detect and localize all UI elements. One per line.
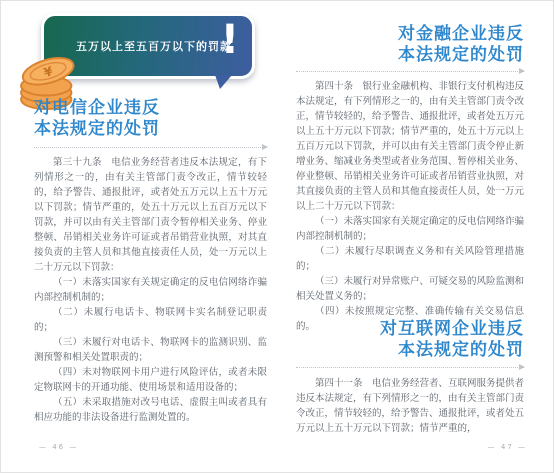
section-title-finance-line1: 对金融企业违反: [398, 24, 524, 44]
paragraph: （二）未履行尽职调查义务和有关风险管理措施的；: [296, 244, 524, 274]
book-spread: 五万以上至五百万以下的罚款 ! ¥ 对电信企业违反 本法规定的处罚: [0, 0, 554, 473]
exclamation-icon: !: [221, 20, 239, 60]
paragraph: （二）未履行电话卡、物联网卡实名制登记职责的；: [34, 305, 267, 335]
page-left: 五万以上至五百万以下的罚款 ! ¥ 对电信企业违反 本法规定的处罚: [1, 1, 278, 473]
paragraph: （三）未履行对异常账户、可疑交易的风险监测和相关处置义务的；: [296, 274, 524, 304]
article-39-text: 第三十九条 电信业务经营者违反本法规定，有下列情形之一的，由有关主管部门责令改正…: [34, 155, 267, 425]
section-title-telecom-line1: 对电信企业违反: [34, 98, 160, 118]
section-title-internet: 对互联网企业违反 本法规定的处罚: [296, 319, 524, 361]
section-title-telecom: 对电信企业违反 本法规定的处罚: [34, 98, 160, 140]
paragraph: 第四十一条 电信业务经营者、互联网服务提供者违反本法规定，有下列情形之一的，由有…: [296, 376, 524, 436]
fine-range-label: 五万以上至五百万以下的罚款: [76, 38, 232, 54]
article-40-text: 第四十条 银行业金融机构、非银行支付机构违反本法规定，有下列情形之一的，由有关主…: [296, 79, 524, 334]
section-title-internet-line2: 本法规定的处罚: [398, 340, 524, 360]
page-number-right: — 47 —: [488, 443, 527, 451]
section-title-finance: 对金融企业违反 本法规定的处罚: [296, 24, 524, 66]
paragraph: （一）未落实国家有关规定确定的反电信网络诈骗内部控制机制的；: [296, 214, 524, 244]
dotted-divider: [296, 367, 524, 368]
section-title-internet-line1: 对互联网企业违反: [380, 319, 524, 339]
dotted-divider: [296, 71, 524, 72]
banner-tail: [215, 75, 232, 89]
paragraph: （三）未履行对电话卡、物联网卡的监测识别、监测预警和相关处置职责的；: [34, 335, 267, 365]
page-number-left: — 46 —: [39, 443, 78, 451]
article-41-text: 第四十一条 电信业务经营者、互联网服务提供者违反本法规定，有下列情形之一的，由有…: [296, 376, 524, 436]
page-right: 对金融企业违反 本法规定的处罚 第四十条 银行业金融机构、非银行支付机构违反本法…: [278, 1, 554, 473]
paragraph: 第三十九条 电信业务经营者违反本法规定，有下列情形之一的，由有关主管部门责令改正…: [34, 155, 267, 275]
paragraph: （四）未对物联网卡用户进行风险评估，或者未限定物联网卡的开通功能、使用场景和适用…: [34, 365, 267, 395]
paragraph: （五）未采取措施对改号电话、虚假主叫或者具有相应功能的非法设备进行监测处置的。: [34, 395, 267, 425]
paragraph: （一）未落实国家有关规定确定的反电信网络诈骗内部控制机制的；: [34, 275, 267, 305]
dotted-divider: [34, 147, 267, 148]
section-title-telecom-line2: 本法规定的处罚: [34, 119, 160, 139]
section-title-finance-line2: 本法规定的处罚: [398, 45, 524, 65]
paragraph: 第四十条 银行业金融机构、非银行支付机构违反本法规定，有下列情形之一的，由有关主…: [296, 79, 524, 214]
